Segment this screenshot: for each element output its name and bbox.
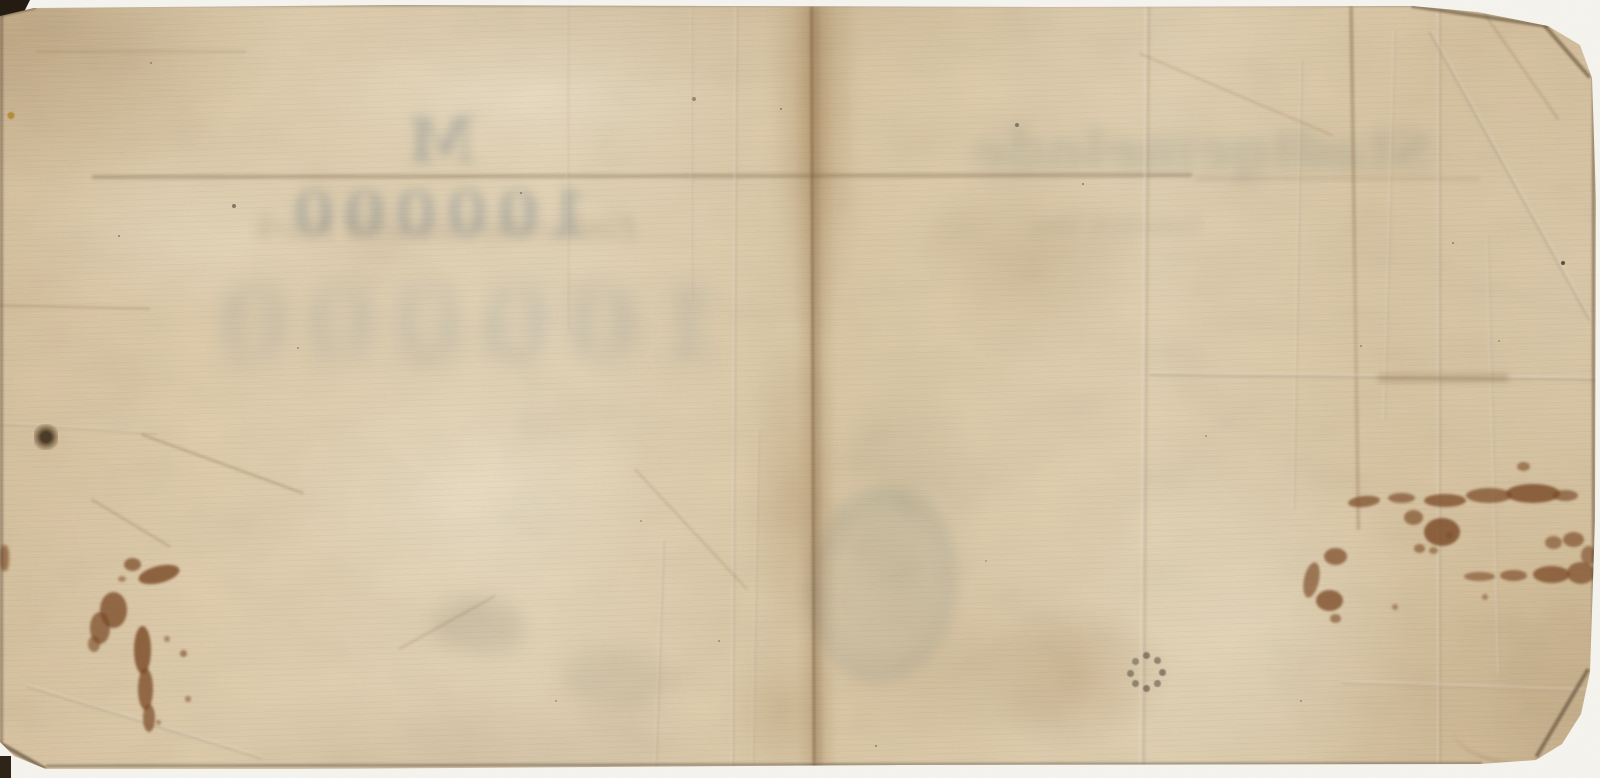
- rust-blob: [1545, 536, 1562, 549]
- gold-speck: [7, 111, 15, 120]
- rust-blob: [1429, 547, 1438, 554]
- fold-discoloration-mid: [745, 330, 840, 660]
- crease-arc-bottom-right: [1452, 688, 1594, 765]
- rust-blob: [1392, 604, 1398, 610]
- paper-edge-right: [1592, 76, 1595, 664]
- rust-blob: [156, 720, 161, 725]
- showthrough-big-value: 100000: [185, 262, 745, 386]
- crease-vertical-right: [1437, 0, 1441, 770]
- paper-edge-left: [0, 14, 3, 742]
- perforation-dot-ring: [1143, 669, 1148, 674]
- background-glimpse-bottom-left: [0, 756, 11, 778]
- showthrough-script-line: Einhunderttausend Mark: [225, 212, 665, 247]
- crease-horizontal-top: [36, 50, 246, 53]
- rust-blob: [137, 561, 182, 588]
- showthrough-blob: [560, 648, 670, 708]
- crease-horizontal-right-smudge: [1378, 374, 1508, 382]
- rust-blob: [1348, 494, 1381, 508]
- rust-blob: [1500, 570, 1527, 581]
- rust-blob: [1324, 548, 1347, 565]
- rust-blob: [143, 704, 155, 732]
- scanner-bed: M 100000 Stadtgemeinde Einhunderttausend…: [0, 0, 1600, 778]
- rust-blob: [1316, 590, 1343, 611]
- rust-blob: [1533, 566, 1570, 583]
- rust-blob: [1446, 532, 1453, 539]
- fold-discoloration-bottom: [725, 640, 835, 778]
- showthrough-small-line: Gutschein über: [1010, 214, 1220, 239]
- rust-blob: [88, 636, 100, 652]
- paper-edge-top: [30, 4, 1415, 8]
- rust-blob: [1464, 572, 1495, 581]
- rust-blob: [118, 576, 126, 582]
- crease-vertical-left: [690, 0, 693, 300]
- rust-stain-bottom-left: [88, 552, 208, 752]
- rust-blob: [1414, 544, 1425, 553]
- banknote-reverse-paper: M 100000 Stadtgemeinde Einhunderttausend…: [0, 0, 1600, 778]
- rust-blob: [1330, 614, 1341, 623]
- rust-blob: [180, 650, 187, 657]
- rust-blob: [1404, 510, 1423, 525]
- rust-blob: [164, 636, 170, 642]
- rust-blob: [1567, 562, 1595, 584]
- rust-blob: [134, 626, 151, 674]
- rust-blob: [1466, 488, 1512, 503]
- rust-blob: [185, 696, 191, 702]
- rust-blob: [1482, 594, 1488, 600]
- rust-blob: [1563, 532, 1584, 547]
- rust-stain-right: [1298, 456, 1600, 636]
- rust-blob: [1517, 462, 1530, 471]
- rust-blob: [1506, 484, 1560, 503]
- rust-blob: [1424, 518, 1460, 546]
- crease-vertical-left: [566, 0, 569, 330]
- ink-spot: [34, 424, 58, 450]
- rust-blob: [124, 558, 141, 571]
- fold-discoloration-top: [768, 0, 853, 350]
- rust-blob: [1424, 494, 1466, 507]
- rust-blob: [1553, 490, 1578, 501]
- rust-blob: [1388, 493, 1415, 503]
